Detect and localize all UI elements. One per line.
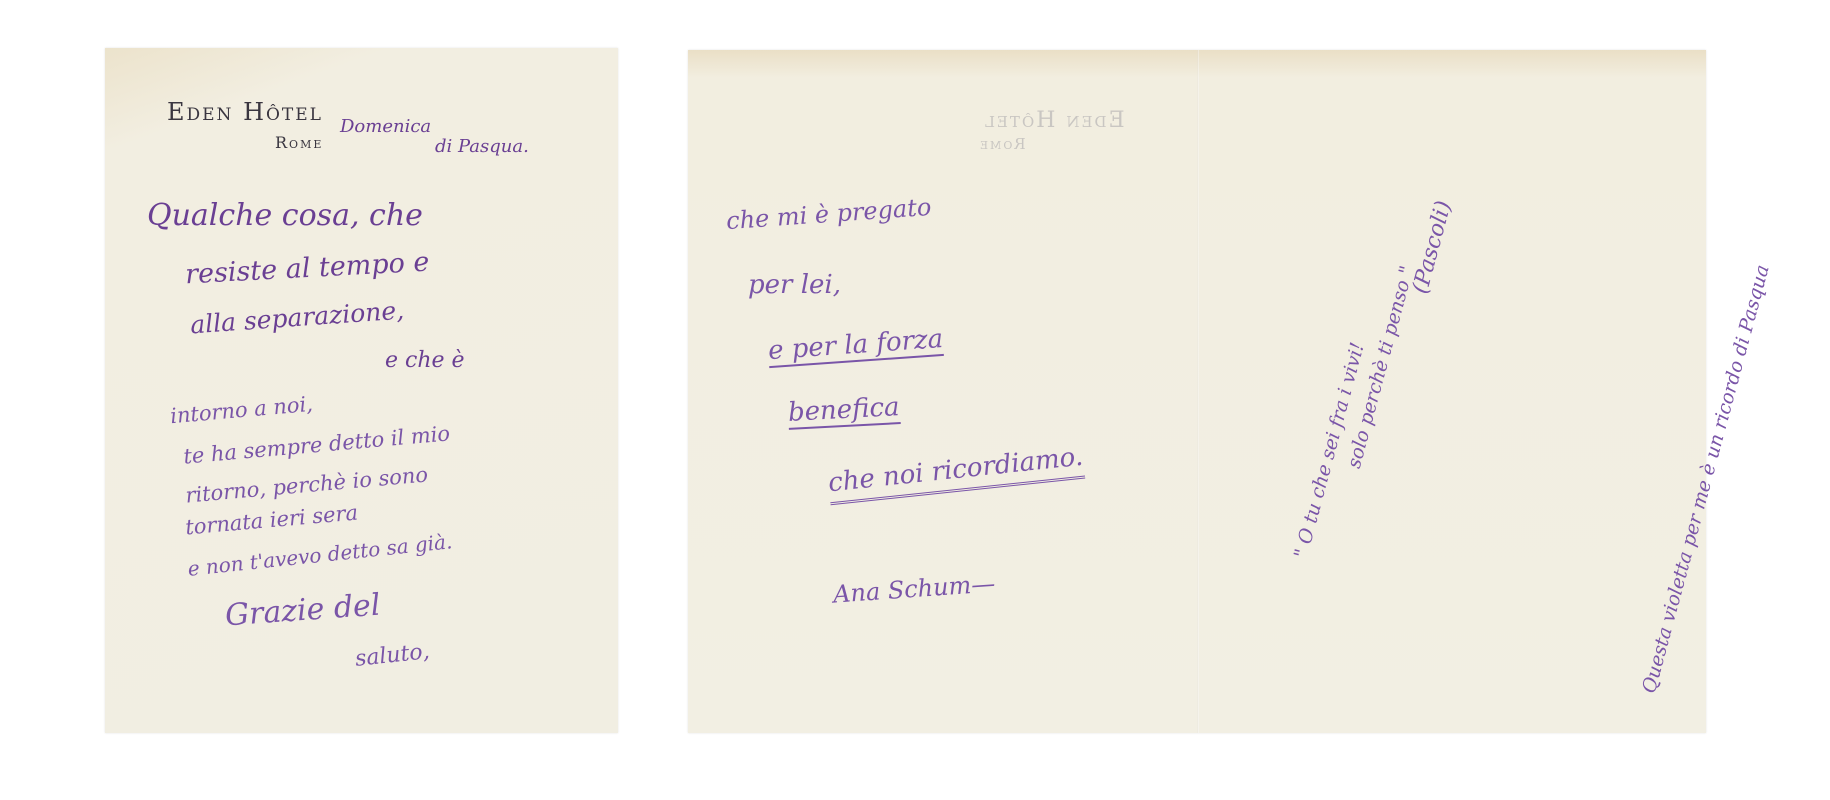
signature: Ana Schum—	[832, 569, 996, 608]
margin-note-attribution: (Pascoli)	[1408, 198, 1457, 296]
letterhead-ghost-title: Eden Hôtel	[983, 108, 1125, 133]
letter-closing: Grazie del	[224, 588, 382, 634]
letterhead-ghost-city: Rome	[978, 135, 1026, 153]
letter-line-4: benefica	[787, 392, 900, 430]
letter-line-2: resiste al tempo e	[184, 247, 430, 291]
letter-line-3: e per la forza	[767, 324, 944, 368]
letter-line-7: ritorno, perchè io sono	[184, 462, 428, 507]
letter-line-2: per lei,	[748, 270, 841, 300]
letter-line-1: che mi è pregato	[725, 193, 932, 235]
letter-closing-2: saluto,	[354, 639, 431, 672]
letter-line-9: e non t'avevo detto sa già.	[186, 529, 453, 581]
dateline-occasion: di Pasqua.	[435, 136, 529, 157]
letter-line-6: te ha sempre detto il mio	[182, 421, 450, 468]
letter-line-5: intorno a noi,	[169, 392, 314, 428]
letterhead-title: Eden Hôtel	[167, 98, 323, 126]
letter-line-3: alla separazione,	[189, 296, 405, 340]
paper-fold	[1197, 50, 1199, 733]
letter-line-1: Qualche cosa, che	[147, 198, 423, 233]
letter-line-8: tornata ieri sera	[184, 501, 359, 540]
letterhead-city: Rome	[275, 133, 323, 152]
letter-line-4: e che è	[385, 348, 465, 373]
side-note: Questa violetta per me è un ricordo di P…	[1638, 262, 1774, 695]
letter-line-5: che noi ricordiamo.	[827, 442, 1085, 506]
letter-sheet-left: Eden Hôtel Rome Domenica di Pasqua. Qual…	[105, 48, 618, 733]
dateline-day: Domenica	[340, 116, 431, 137]
letter-sheet-right: Eden Hôtel Rome che mi è pregato per lei…	[688, 50, 1706, 733]
